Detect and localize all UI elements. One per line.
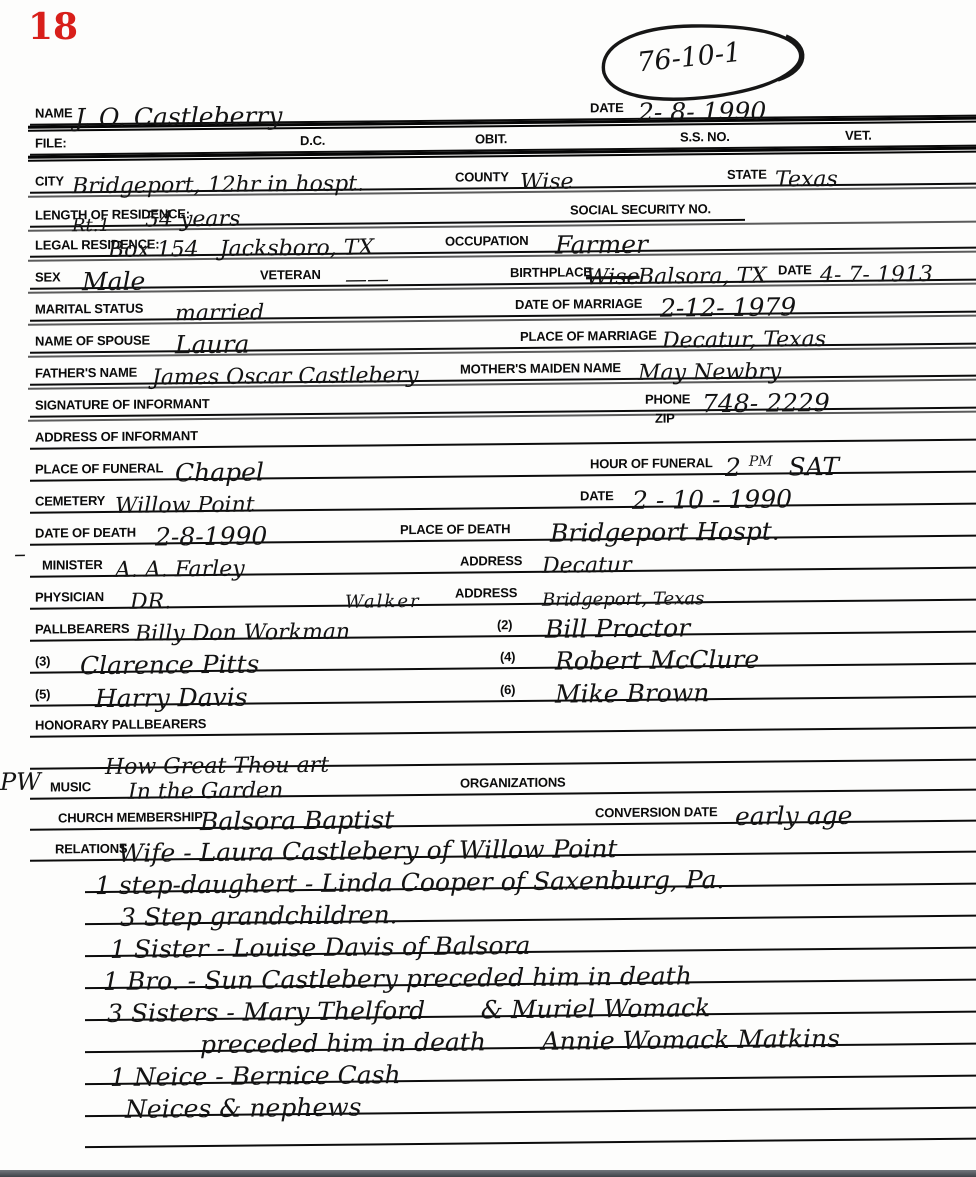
- phone-label: PHONE: [645, 391, 690, 406]
- honorary-pallbearers-label: HONORARY PALLBEARERS: [35, 716, 206, 733]
- name-label: NAME: [35, 105, 72, 120]
- pallbearer-6-number: (6): [500, 682, 515, 697]
- minister-address-label: ADDRESS: [460, 553, 522, 569]
- marriage-place-label: PLACE OF MARRIAGE: [520, 328, 657, 344]
- page-number: 18: [28, 6, 78, 48]
- father-label: FATHER'S NAME: [35, 365, 137, 381]
- music-line1-value: How Great Thou art: [105, 755, 329, 779]
- death-place-label: PLACE OF DEATH: [400, 521, 510, 537]
- scanned-funeral-record: 18 76-10-1 NAME J. O. Castleberry DATE 2…: [0, 0, 976, 1177]
- city-label: CITY: [35, 173, 64, 188]
- informant-signature-label: SIGNATURE OF INFORMANT: [35, 396, 209, 413]
- form-body: NAME J. O. Castleberry DATE 2- 8- 1990 F…: [0, 88, 976, 1149]
- pallbearers-label: PALLBEARERS: [35, 621, 129, 637]
- scan-edge-bar: [0, 1170, 976, 1177]
- funeral-hour-label: HOUR OF FUNERAL: [590, 455, 713, 471]
- county-label: COUNTY: [455, 169, 509, 185]
- obit-label: OBIT.: [475, 131, 507, 146]
- relations-label: RELATIONS: [55, 841, 127, 857]
- date-value: 2- 8- 1990: [638, 99, 766, 125]
- burial-date-label: DATE: [580, 488, 614, 503]
- dc-label: D.C.: [300, 133, 325, 148]
- ssn-label: SOCIAL SECURITY NO.: [570, 201, 711, 217]
- conversion-date-label: CONVERSION DATE: [595, 804, 717, 820]
- vet-label: VET.: [845, 128, 872, 143]
- spouse-label: NAME OF SPOUSE: [35, 333, 150, 349]
- pallbearer-2-number: (2): [497, 617, 512, 632]
- name-value: J. O. Castleberry: [75, 103, 282, 130]
- legal-residence-above-value: Rt.1: [72, 217, 110, 235]
- informant-address-label: ADDRESS OF INFORMANT: [35, 428, 198, 445]
- margin-dash-note: –: [14, 540, 26, 568]
- funeral-hour-meridiem: PM: [749, 454, 773, 470]
- minister-label: MINISTER: [42, 557, 103, 573]
- marriage-date-label: DATE OF MARRIAGE: [515, 296, 642, 312]
- occupation-label: OCCUPATION: [445, 233, 528, 249]
- state-label: STATE: [727, 167, 767, 182]
- mother-label: MOTHER'S MAIDEN NAME: [460, 360, 621, 377]
- funeral-place-label: PLACE OF FUNERAL: [35, 460, 163, 476]
- file-label: FILE:: [35, 135, 67, 150]
- music-label: MUSIC: [50, 779, 91, 794]
- margin-pw-note: PW: [0, 768, 41, 796]
- marital-label: MARITAL STATUS: [35, 301, 143, 317]
- physician-label: PHYSICIAN: [35, 589, 104, 605]
- birthdate-label: DATE: [778, 262, 812, 277]
- cemetery-label: CEMETERY: [35, 493, 105, 509]
- zip-label: ZIP: [655, 411, 675, 426]
- veteran-label: VETERAN: [260, 267, 321, 283]
- pallbearer-3-number: (3): [35, 654, 50, 669]
- pallbearer-5-number: (5): [35, 687, 50, 702]
- physician-address-label: ADDRESS: [455, 585, 517, 601]
- pallbearer-4-number: (4): [500, 649, 515, 664]
- date-label: DATE: [590, 100, 624, 115]
- sex-label: SEX: [35, 269, 60, 284]
- birthplace-label: BIRTHPLACE: [510, 264, 592, 280]
- ssno-label: S.S. NO.: [680, 129, 730, 144]
- death-date-label: DATE OF DEATH: [35, 525, 136, 541]
- church-membership-label: CHURCH MEMBERSHIP: [58, 809, 203, 825]
- organizations-label: ORGANIZATIONS: [460, 775, 566, 791]
